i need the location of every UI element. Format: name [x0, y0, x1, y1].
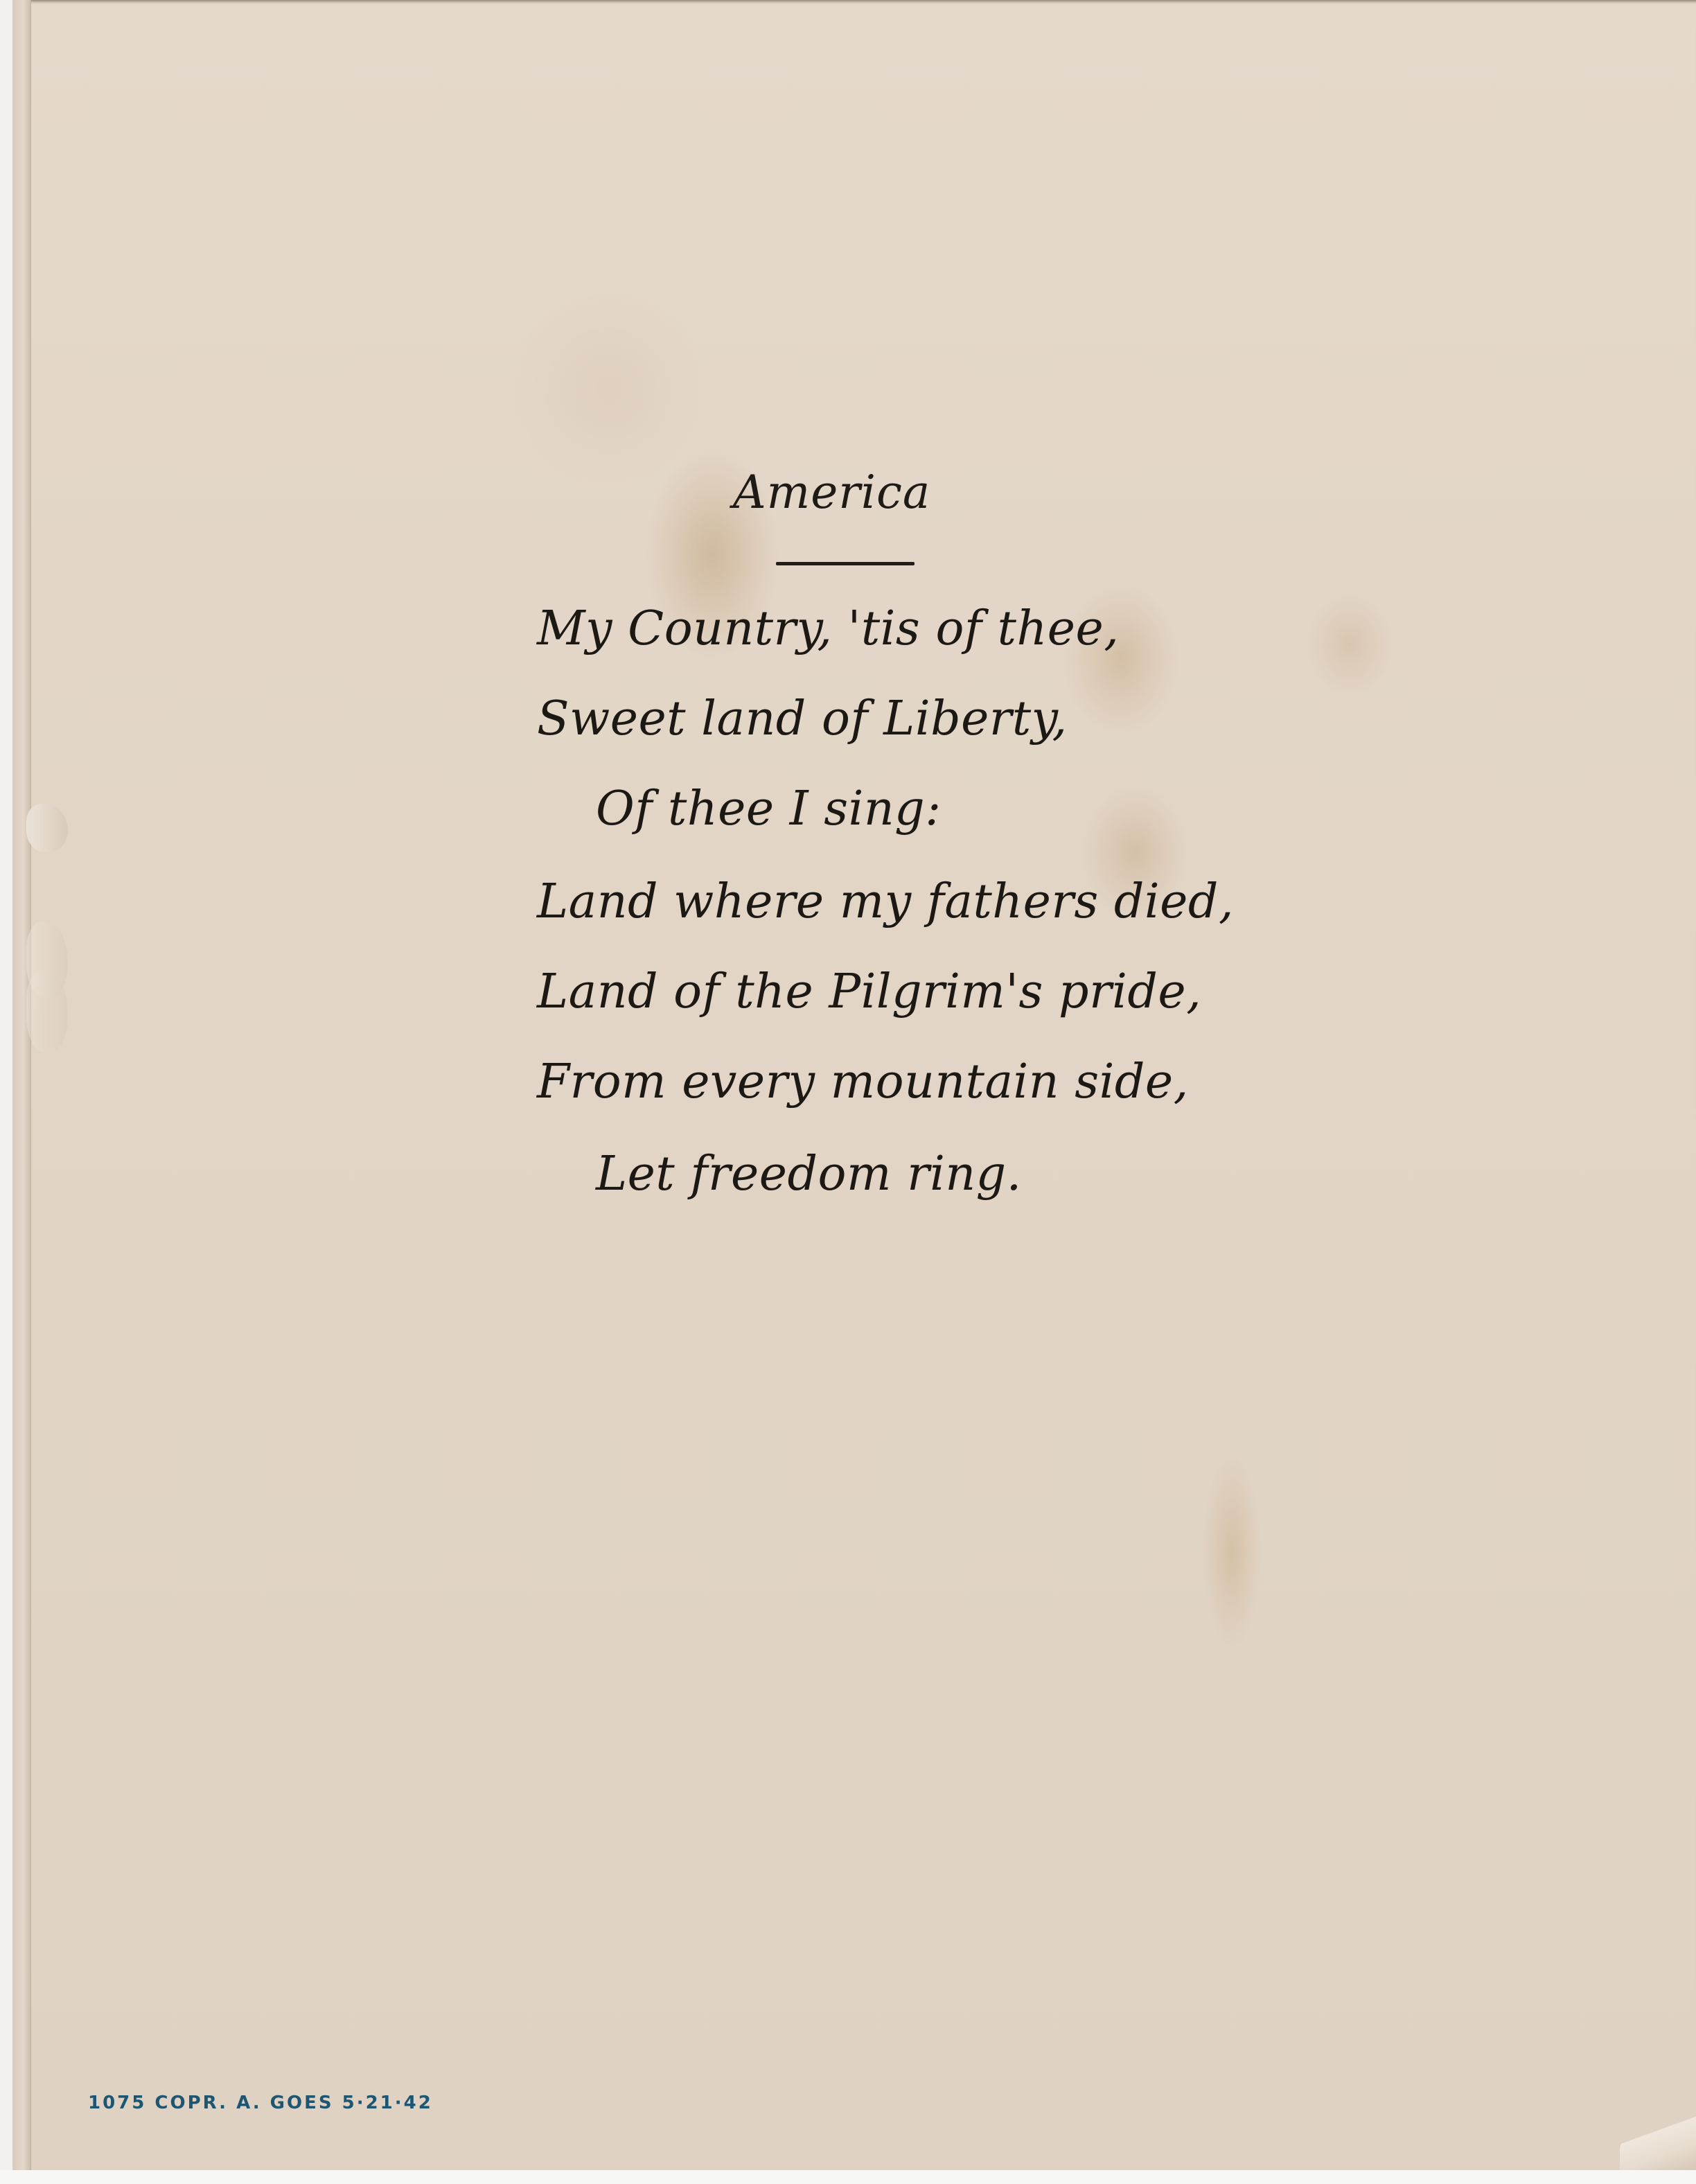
verse-line: My Country, 'tis of thee,: [537, 601, 1119, 656]
left-fold-edge: [12, 0, 31, 2170]
verse-line: Of thee I sing:: [596, 782, 942, 836]
verse-line: Land where my fathers died,: [537, 874, 1234, 929]
corner-curl: [1620, 2108, 1696, 2170]
edge-tear: [26, 804, 68, 852]
scan-background: America My Country, 'tis of thee, Sweet …: [0, 0, 1696, 2184]
verse-line: From every mountain side,: [537, 1055, 1189, 1109]
verse-line: Land of the Pilgrim's pride,: [537, 965, 1201, 1019]
song-title: America: [733, 466, 930, 519]
title-divider: [776, 562, 915, 565]
verse-line: Let freedom ring.: [596, 1147, 1022, 1201]
copyright-imprint: 1075 COPR. A. GOES 5·21·42: [88, 2093, 433, 2113]
verse-line: Sweet land of Liberty,: [537, 692, 1068, 746]
scanner-edge: [0, 2170, 1696, 2184]
